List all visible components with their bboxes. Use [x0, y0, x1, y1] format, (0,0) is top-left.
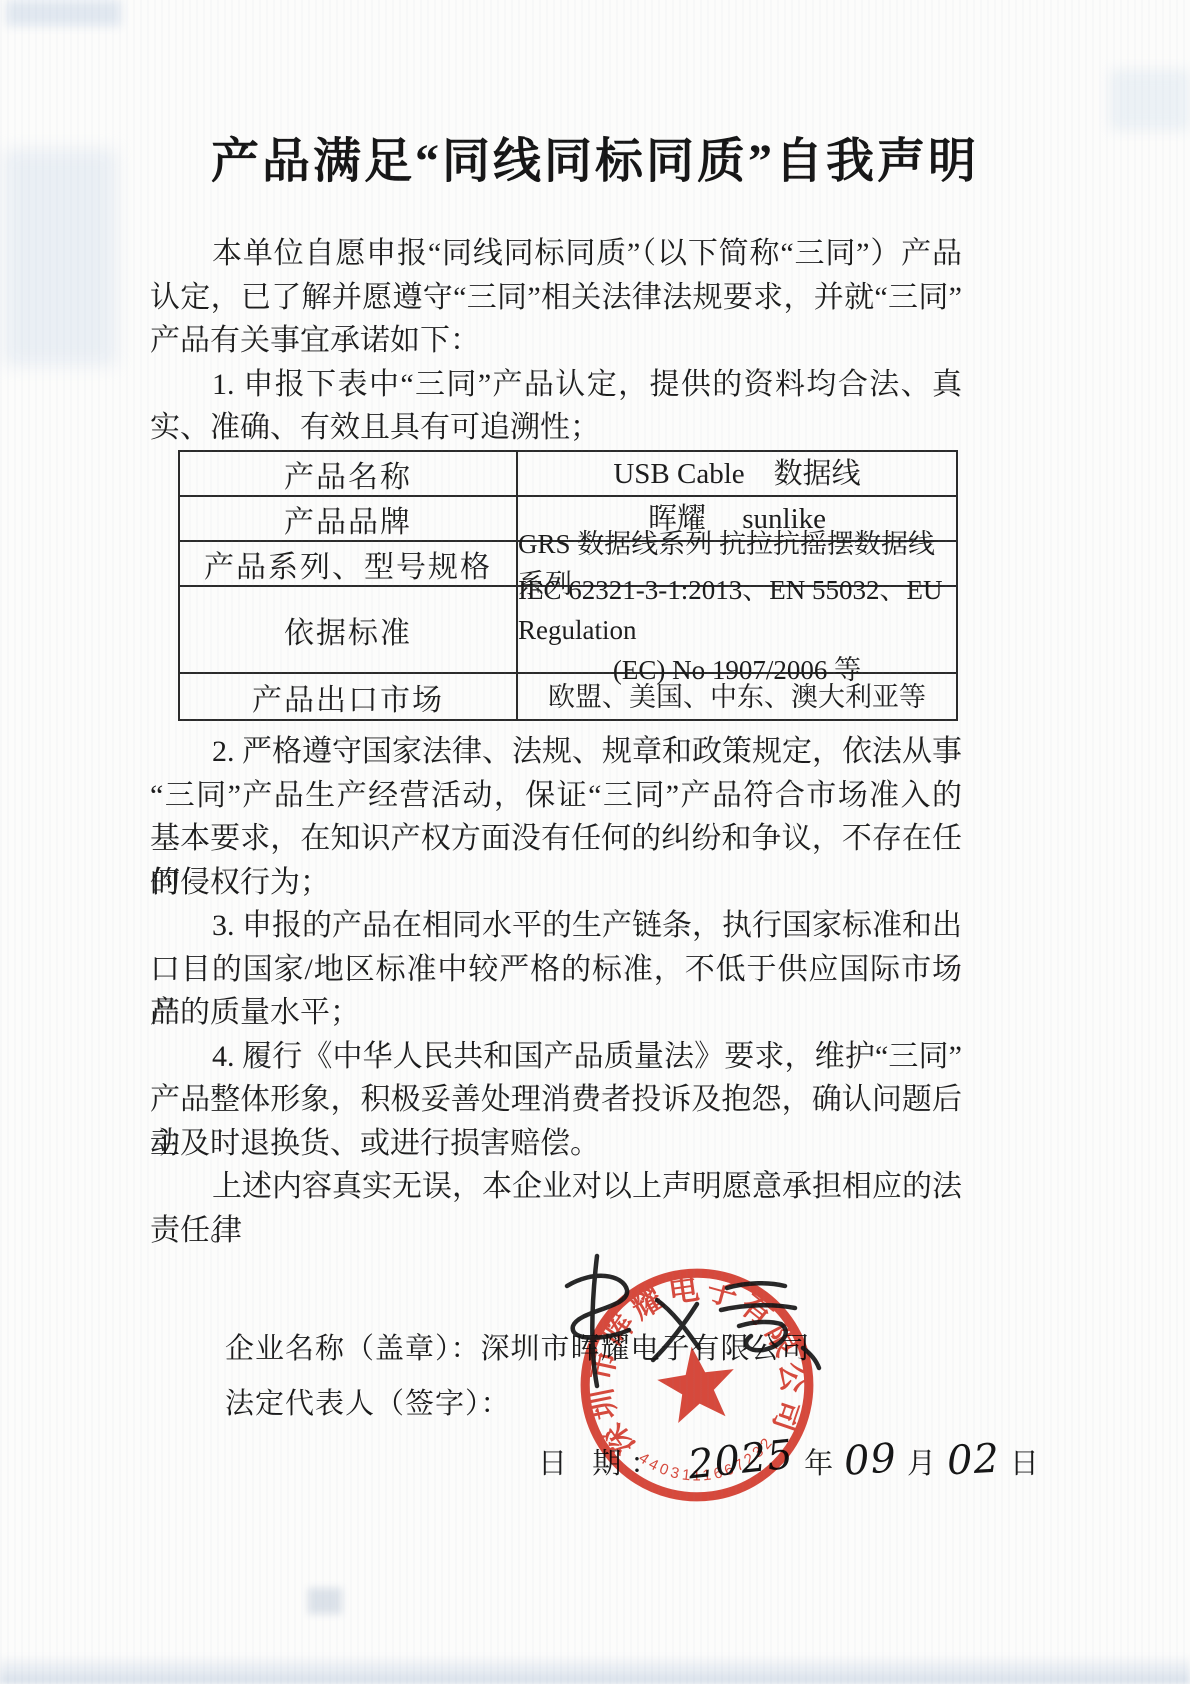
text-line: 产品整体形象，积极妥善处理消费者投诉及抱怨，确认问题后主 [150, 1078, 962, 1122]
text-line: 口目的国家/地区标准中较严格的标准，不低于供应国际市场产 [150, 948, 962, 992]
table-row: 产品出口市场欧盟、美国、中东、澳大利亚等 [180, 674, 956, 719]
text-line: 动及时退换货、或进行损害赔偿。 [150, 1122, 962, 1166]
row-label: 产品出口市场 [180, 674, 518, 719]
text-line: “三同”产品生产经营活动，保证“三同”产品符合市场准入的 [150, 774, 962, 818]
handwritten-signature [545, 1248, 855, 1398]
row-value-line: 欧盟、美国、中东、澳大利亚等 [548, 677, 926, 717]
text-line: 责任。 [150, 1209, 962, 1253]
row-value: USB Cable 数据线 [518, 452, 956, 495]
text-line: 品的质量水平； [150, 991, 962, 1035]
text-line: 认定，已了解并愿遵守“三同”相关法律法规要求，并就“三同” [150, 276, 962, 320]
text-line: 4. 履行《中华人民共和国产品质量法》要求，维护“三同” [150, 1035, 962, 1079]
text-line: 1. 申报下表中“三同”产品认定，提供的资料均合法、真 [150, 363, 962, 407]
text-line: 本单位自愿申报“同线同标同质”（以下简称“三同”）产品 [150, 232, 962, 276]
scan-artifact [308, 1588, 342, 1614]
row-label: 依据标准 [180, 587, 518, 672]
text-line: 2. 严格遵守国家法律、法规、规章和政策规定，依法从事 [150, 730, 962, 774]
text-line: 实、准确、有效且具有可追溯性； [150, 406, 962, 450]
row-label: 产品名称 [180, 452, 518, 495]
document-page: 产品满足“同线同标同质”自我声明 本单位自愿申报“同线同标同质”（以下简称“三同… [0, 0, 1190, 1684]
handwritten-month: 09 [843, 1435, 899, 1485]
month-unit: 月 [907, 1441, 937, 1482]
text-line: 的侵权行为； [150, 861, 962, 905]
text-line: 产品有关事宜承诺如下： [150, 319, 962, 363]
scan-artifact [0, 1654, 1190, 1684]
day-unit: 日 [1010, 1441, 1040, 1482]
text-line: 上述内容真实无误，本企业对以上声明愿意承担相应的法律 [150, 1165, 962, 1209]
row-value: 欧盟、美国、中东、澳大利亚等 [518, 674, 956, 719]
legal-representative-line: 法定代表人（签字）： [225, 1381, 511, 1422]
scan-artifact [1110, 70, 1190, 130]
table-row: 依据标准IEC 62321-3-1:2013、EN 55032、EU Regul… [180, 587, 956, 674]
product-info-table: 产品名称USB Cable 数据线产品品牌晖耀 sunlike产品系列、型号规格… [178, 450, 958, 721]
legal-representative-label: 法定代表人（签字）： [225, 1388, 511, 1420]
row-label: 产品系列、型号规格 [180, 542, 518, 585]
company-name-label: 企业名称（盖章）： [225, 1333, 481, 1365]
row-value-line: IEC 62321-3-1:2013、EN 55032、EU Regulatio… [518, 570, 956, 650]
row-value: IEC 62321-3-1:2013、EN 55032、EU Regulatio… [518, 587, 956, 672]
table-row: 产品名称USB Cable 数据线 [180, 452, 956, 497]
body-paragraphs-bottom: 2. 严格遵守国家法律、法规、规章和政策规定，依法从事“三同”产品生产经营活动，… [150, 730, 962, 1252]
body-paragraphs-top: 本单位自愿申报“同线同标同质”（以下简称“三同”）产品认定，已了解并愿遵守“三同… [150, 232, 962, 450]
scan-artifact [6, 0, 121, 26]
handwritten-day: 02 [946, 1436, 1001, 1485]
text-line: 3. 申报的产品在相同水平的生产链条，执行国家标准和出 [150, 904, 962, 948]
row-value-line: USB Cable 数据线 [613, 454, 860, 494]
text-line: 基本要求，在知识产权方面没有任何的纠纷和争议，不存在任何 [150, 817, 962, 861]
document-title: 产品满足“同线同标同质”自我声明 [0, 122, 1190, 191]
row-label: 产品品牌 [180, 497, 518, 540]
